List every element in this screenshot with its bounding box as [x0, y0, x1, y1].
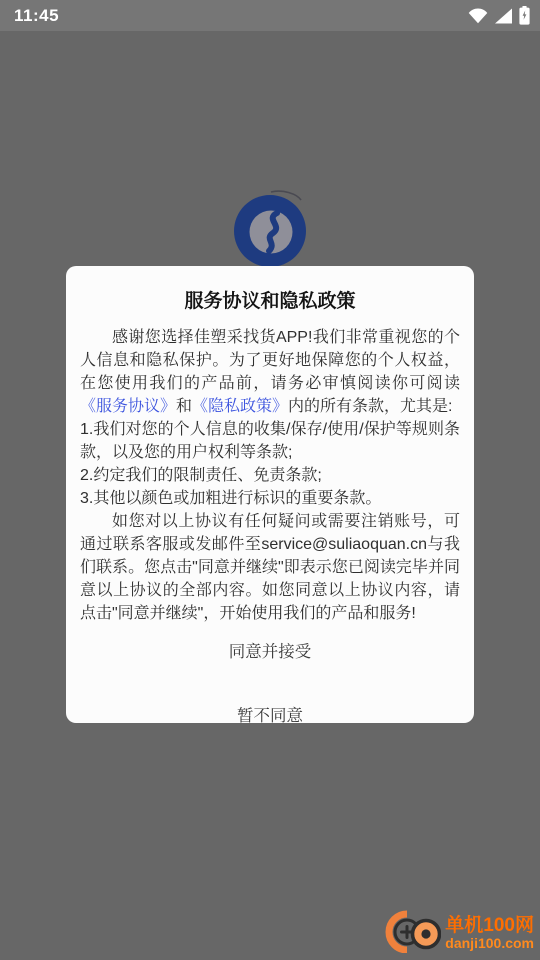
privacy-policy-link[interactable]: 《隐私政策》 — [192, 398, 288, 415]
status-time: 11:45 — [10, 6, 59, 26]
app-logo — [231, 190, 309, 268]
battery-charging-icon — [519, 6, 530, 25]
watermark-site-name: 单机100网 — [445, 916, 534, 936]
danji100-logo-icon — [385, 909, 441, 958]
signal-icon — [494, 8, 513, 24]
disagree-button[interactable]: 暂不同意 — [237, 704, 303, 723]
contact-paragraph: 如您对以上协议有任何疑问或需要注销账号，可通过联系客服或发邮件至service@… — [80, 510, 460, 625]
intro-text-middle: 和 — [176, 398, 192, 415]
intro-text-after: 内的所有条款，尤其是: — [288, 398, 452, 415]
watermark-site-url: danji100.com — [445, 936, 534, 951]
app-screen: 11:45 — [0, 0, 540, 960]
dialog-body: 感谢您选择佳塑采找货APP!我们非常重视您的个人信息和隐私保护。为了更好地保障您… — [80, 326, 460, 625]
intro-paragraph: 感谢您选择佳塑采找货APP!我们非常重视您的个人信息和隐私保护。为了更好地保障您… — [80, 326, 460, 418]
policy-list-item: 3.其他以颜色或加粗进行标识的重要条款。 — [80, 487, 460, 510]
watermark-text: 单机100网 danji100.com — [445, 916, 534, 951]
status-bar: 11:45 — [0, 0, 540, 31]
watermark: 单机100网 danji100.com — [385, 909, 534, 958]
policy-list-item: 1.我们对您的个人信息的收集/保存/使用/保护等规则条款，以及您的用户权利等条款… — [80, 418, 460, 464]
intro-text-before: 感谢您选择佳塑采找货APP!我们非常重视您的个人信息和隐私保护。为了更好地保障您… — [80, 329, 460, 392]
privacy-policy-dialog: 服务协议和隐私政策 感谢您选择佳塑采找货APP!我们非常重视您的个人信息和隐私保… — [66, 266, 474, 723]
policy-list-item: 2.约定我们的限制责任、免责条款; — [80, 464, 460, 487]
status-icons — [468, 6, 530, 25]
service-agreement-link[interactable]: 《服务协议》 — [80, 398, 176, 415]
wifi-icon — [468, 8, 488, 24]
dialog-title: 服务协议和隐私政策 — [184, 286, 355, 313]
agree-button[interactable]: 同意并接受 — [229, 640, 312, 664]
